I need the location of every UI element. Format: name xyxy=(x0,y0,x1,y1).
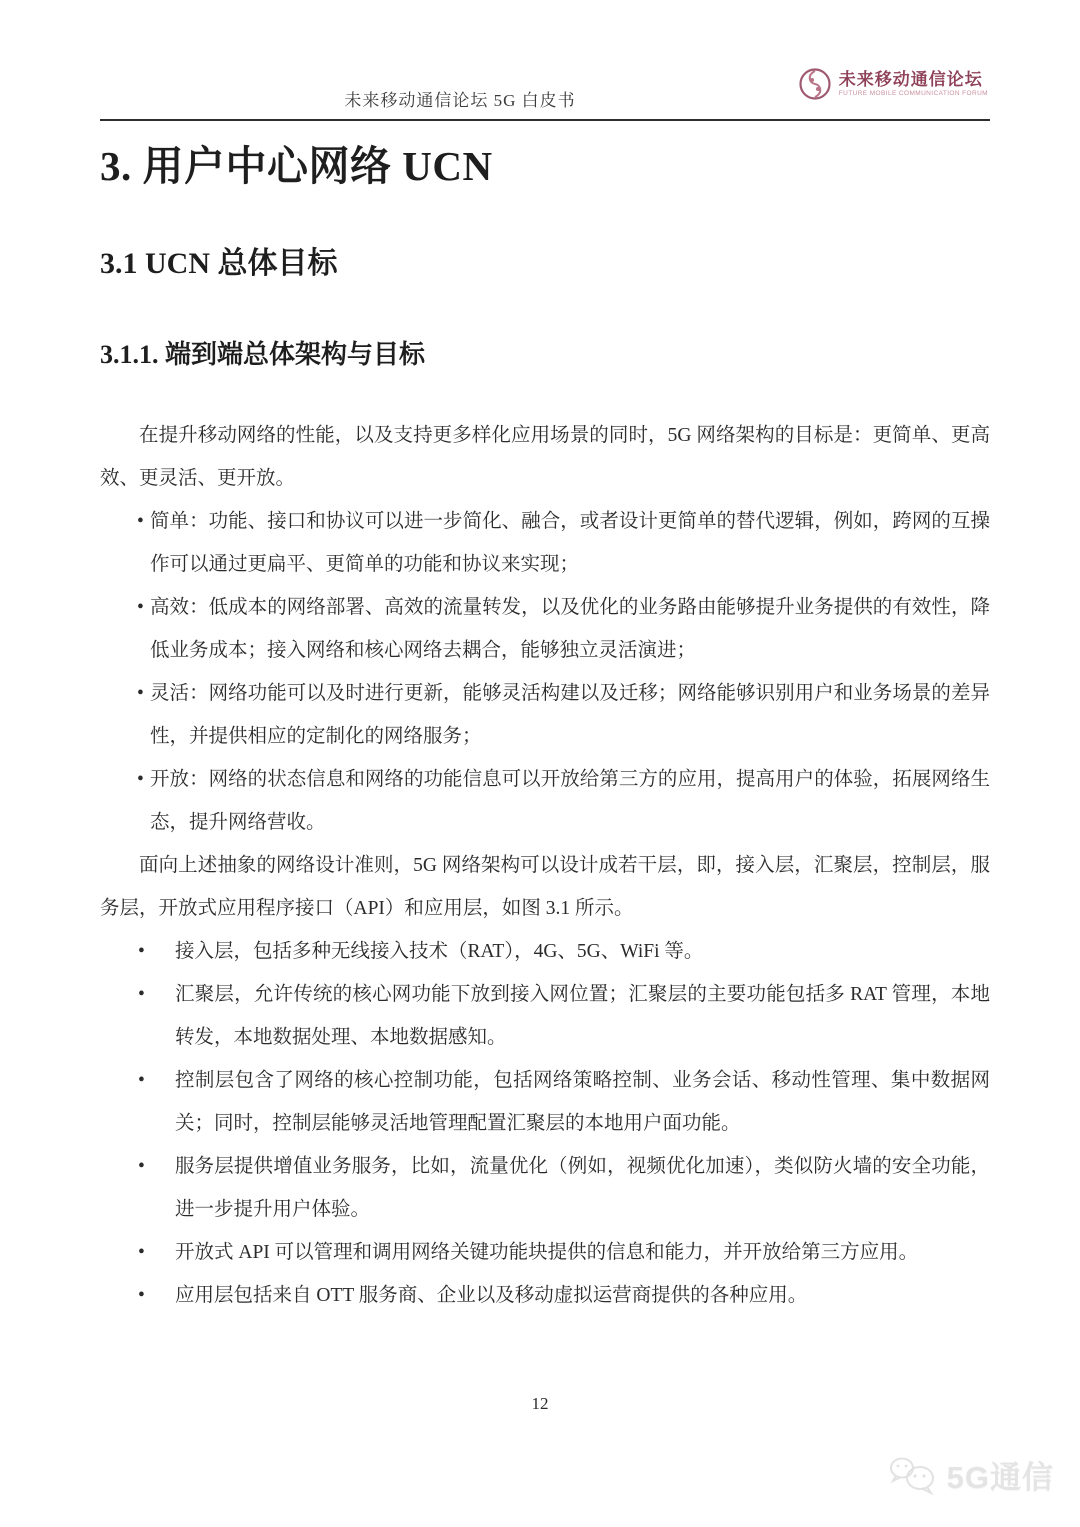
list-item-text: 应用层包括来自 OTT 服务商、企业以及移动虚拟运营商提供的各种应用。 xyxy=(175,1285,807,1306)
document-page: 未来移动通信论坛 5G 白皮书 未来移动通信论坛 FUTURE MOBILE C… xyxy=(0,0,1080,1527)
watermark-text: 5G通信 xyxy=(947,1452,1054,1497)
bullet-icon: • xyxy=(137,586,144,629)
bullet-icon: • xyxy=(138,1274,145,1317)
list-item-text: 服务层提供增值业务服务，比如，流量优化（例如，视频优化加速），类似防火墙的安全功… xyxy=(175,1156,990,1220)
document-content: 3. 用户中心网络 UCN 3.1 UCN 总体目标 3.1.1. 端到端总体架… xyxy=(100,121,990,1317)
page-number: 12 xyxy=(0,1394,1080,1414)
forum-logo: 未来移动通信论坛 FUTURE MOBILE COMMUNICATION FOR… xyxy=(797,66,988,102)
bullet-icon: • xyxy=(138,1059,145,1102)
list-item-text: 控制层包含了网络的核心控制功能，包括网络策略控制、业务会话、移动性管理、集中数据… xyxy=(175,1070,990,1134)
list-item-text: 灵活：网络功能可以及时进行更新，能够灵活构建以及迁移；网络能够识别用户和业务场景… xyxy=(150,683,990,747)
intro-paragraph: 在提升移动网络的性能，以及支持更多样化应用场景的同时，5G 网络架构的目标是：更… xyxy=(100,414,990,500)
list-item: • 控制层包含了网络的核心控制功能，包括网络策略控制、业务会话、移动性管理、集中… xyxy=(100,1059,990,1145)
list-item: • 灵活：网络功能可以及时进行更新，能够灵活构建以及迁移；网络能够识别用户和业务… xyxy=(100,672,990,758)
chapter-title: 3. 用户中心网络 UCN xyxy=(100,133,990,192)
list-item-text: 开放式 API 可以管理和调用网络关键功能块提供的信息和能力，并开放给第三方应用… xyxy=(175,1242,918,1263)
layers-paragraph: 面向上述抽象的网络设计准则，5G 网络架构可以设计成若干层，即，接入层，汇聚层，… xyxy=(100,844,990,930)
bullet-icon: • xyxy=(137,672,144,715)
list-item: • 服务层提供增值业务服务，比如，流量优化（例如，视频优化加速），类似防火墙的安… xyxy=(100,1145,990,1231)
list-item: • 高效：低成本的网络部署、高效的流量转发，以及优化的业务路由能够提升业务提供的… xyxy=(100,586,990,672)
list-item: • 汇聚层，允许传统的核心网功能下放到接入网位置；汇聚层的主要功能包括多 RAT… xyxy=(100,973,990,1059)
section-title: 3.1 UCN 总体目标 xyxy=(100,238,990,282)
forum-logo-texts: 未来移动通信论坛 FUTURE MOBILE COMMUNICATION FOR… xyxy=(839,71,988,97)
bullet-icon: • xyxy=(138,1231,145,1274)
list-item: • 开放：网络的状态信息和网络的功能信息可以开放给第三方的应用，提高用户的体验，… xyxy=(100,758,990,844)
wechat-icon xyxy=(887,1455,939,1495)
forum-logo-subtitle: FUTURE MOBILE COMMUNICATION FORUM xyxy=(839,90,988,97)
layer-bullet-list: • 接入层，包括多种无线接入技术（RAT），4G、5G、WiFi 等。 • 汇聚… xyxy=(100,930,990,1317)
forum-logo-title: 未来移动通信论坛 xyxy=(839,71,988,90)
bullet-icon: • xyxy=(138,930,145,973)
bullet-icon: • xyxy=(138,1145,145,1188)
bullet-icon: • xyxy=(137,758,144,801)
bullet-icon: • xyxy=(138,973,145,1016)
list-item: • 接入层，包括多种无线接入技术（RAT），4G、5G、WiFi 等。 xyxy=(100,930,990,973)
list-item-text: 汇聚层，允许传统的核心网功能下放到接入网位置；汇聚层的主要功能包括多 RAT 管… xyxy=(175,984,990,1048)
goal-bullet-list: • 简单：功能、接口和协议可以进一步简化、融合，或者设计更简单的替代逻辑，例如，… xyxy=(100,500,990,844)
header-doc-title: 未来移动通信论坛 5G 白皮书 xyxy=(100,86,820,111)
list-item: • 开放式 API 可以管理和调用网络关键功能块提供的信息和能力，并开放给第三方… xyxy=(100,1231,990,1274)
subsection-title: 3.1.1. 端到端总体架构与目标 xyxy=(100,334,990,371)
list-item-text: 接入层，包括多种无线接入技术（RAT），4G、5G、WiFi 等。 xyxy=(175,941,703,962)
list-item: • 简单：功能、接口和协议可以进一步简化、融合，或者设计更简单的替代逻辑，例如，… xyxy=(100,500,990,586)
list-item-text: 高效：低成本的网络部署、高效的流量转发，以及优化的业务路由能够提升业务提供的有效… xyxy=(150,597,990,661)
list-item-text: 开放：网络的状态信息和网络的功能信息可以开放给第三方的应用，提高用户的体验，拓展… xyxy=(150,769,990,833)
list-item: • 应用层包括来自 OTT 服务商、企业以及移动虚拟运营商提供的各种应用。 xyxy=(100,1274,990,1317)
bullet-icon: • xyxy=(137,500,144,543)
list-item-text: 简单：功能、接口和协议可以进一步简化、融合，或者设计更简单的替代逻辑，例如，跨网… xyxy=(150,511,990,575)
page-header: 未来移动通信论坛 5G 白皮书 未来移动通信论坛 FUTURE MOBILE C… xyxy=(100,0,990,121)
body-text: 在提升移动网络的性能，以及支持更多样化应用场景的同时，5G 网络架构的目标是：更… xyxy=(100,414,990,1317)
forum-logo-icon xyxy=(797,66,833,102)
channel-watermark: 5G通信 xyxy=(887,1452,1054,1497)
